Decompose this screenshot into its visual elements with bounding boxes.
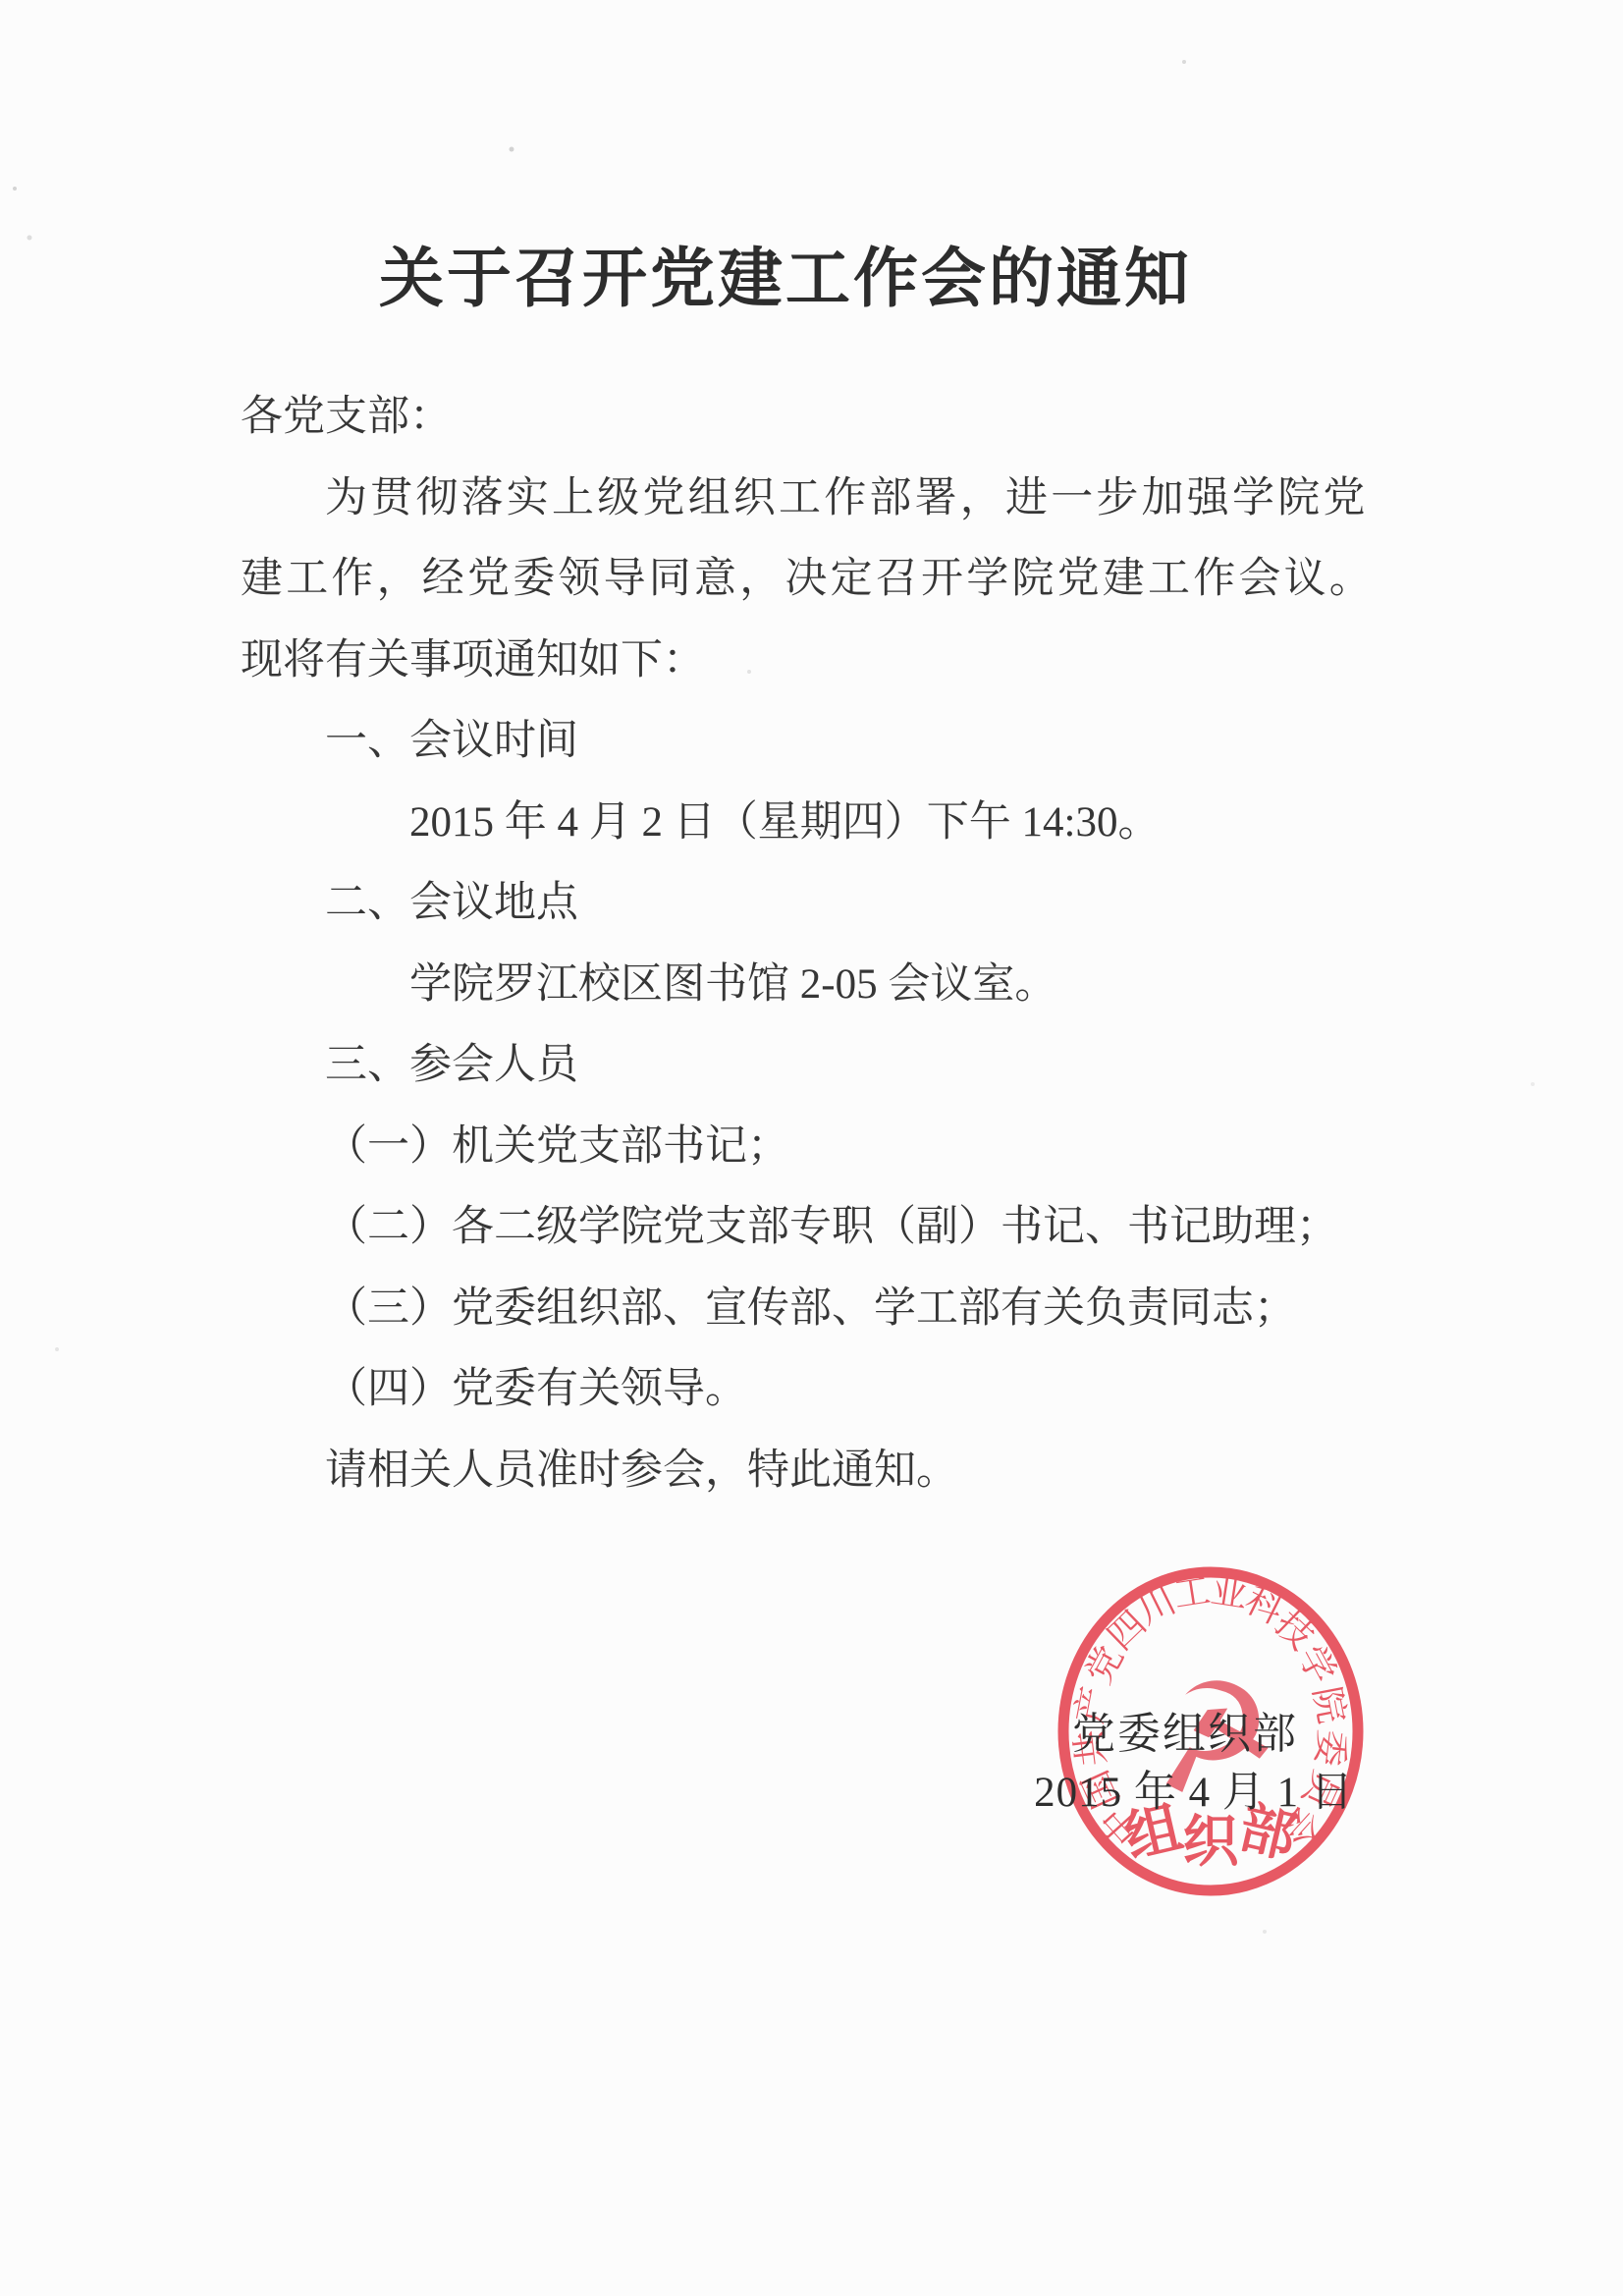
document-title: 关于召开党建工作会的通知 <box>0 226 1571 319</box>
section-heading-place: 二、会议地点 <box>241 863 1409 945</box>
paragraph-line: 建工作，经党委领导同意，决定召开学院党建工作会议。 <box>241 539 1409 621</box>
signature-department: 党委组织部 <box>1072 1698 1298 1761</box>
section-heading-time: 一、会议时间 <box>241 701 1409 783</box>
attendee-item: （四）党委有关领导。 <box>241 1349 1409 1431</box>
attendee-item: （三）党委组织部、宣传部、学工部有关负责同志； <box>241 1269 1409 1350</box>
scan-specks <box>0 0 2 2</box>
seal-bottom-char: 织 <box>1183 1812 1241 1874</box>
scanned-notice-page: 关于召开党建工作会的通知 各党支部： 为贯彻落实上级党组织工作部署，进一步加强学… <box>0 0 1623 2296</box>
section-heading-people: 三、参会人员 <box>241 1025 1409 1107</box>
attendee-item: （一）机关党支部书记； <box>241 1107 1409 1188</box>
signature-date: 2015 年 4 月 1 日 <box>1034 1759 1354 1819</box>
paragraph-line: 现将有关事项通知如下： <box>241 621 1409 702</box>
closing-line: 请相关人员准时参会，特此通知。 <box>241 1431 1409 1512</box>
paragraph-line: 为贯彻落实上级党组织工作部署，进一步加强学院党 <box>241 459 1409 540</box>
meeting-place-line: 学院罗江校区图书馆 2-05 会议室。 <box>241 945 1409 1026</box>
seal-arc-char: 院 <box>1305 1683 1352 1726</box>
attendee-item: （二）各二级学院党支部专职（副）书记、书记助理； <box>241 1187 1409 1269</box>
seal-arc-char: 工 <box>1171 1571 1214 1616</box>
salutation-line: 各党支部： <box>241 377 1409 459</box>
document-body: 各党支部： 为贯彻落实上级党组织工作部署，进一步加强学院党 建工作，经党委领导同… <box>241 377 1409 1511</box>
meeting-time-line: 2015 年 4 月 2 日（星期四）下午 14:30。 <box>241 783 1409 864</box>
